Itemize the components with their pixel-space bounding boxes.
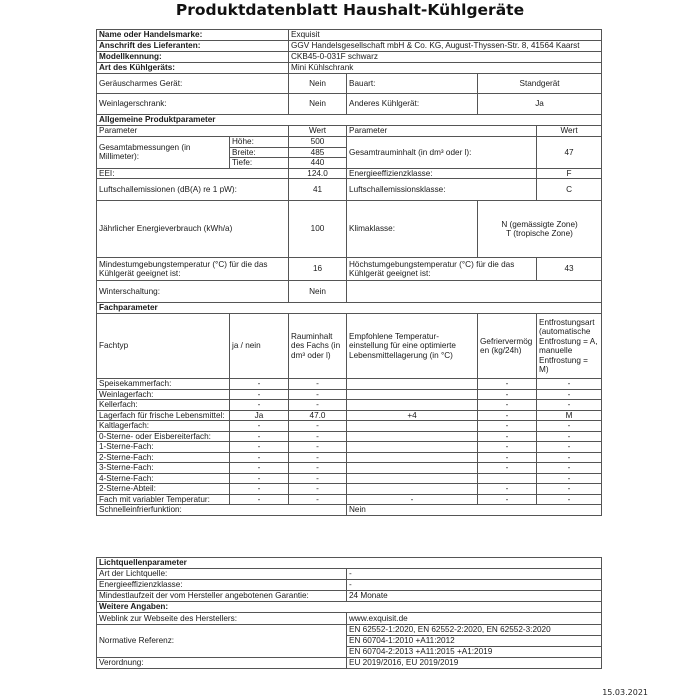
row-eei: EEI: 124.0 Energieeffizienzklasse: F xyxy=(97,168,602,179)
compartment-volume: - xyxy=(289,473,347,484)
label: Weinlagerschrank: xyxy=(97,94,289,115)
col-header: Empfohlene Temperatur-einstellung für ei… xyxy=(347,314,478,379)
compartment-defrost: - xyxy=(537,463,602,474)
col-header: Fachtyp xyxy=(97,314,230,379)
label: Luftschallemissionsklasse: xyxy=(347,179,537,201)
row-annual-energy: Jährlicher Energieverbrauch (kWh/a) 100 … xyxy=(97,201,602,258)
label: Art des Kühlgeräts: xyxy=(97,63,289,74)
climate-value: N (gemässigte Zone) T (tropische Zone) xyxy=(478,201,602,258)
supplier-row-name: Name oder Handelsmarke: Exquisit xyxy=(97,30,602,41)
compartment-row: 3-Sterne-Fach:---- xyxy=(97,463,602,474)
compartment-freeze: - xyxy=(478,484,537,495)
compartment-defrost: - xyxy=(537,494,602,505)
compartment-temp xyxy=(347,452,478,463)
value: 500 xyxy=(289,137,347,148)
section-further: Weitere Angaben: xyxy=(97,602,602,613)
value: EN 62552-1:2020, EN 62552-2:2020, EN 625… xyxy=(347,625,602,636)
col-param: Parameter xyxy=(97,126,289,137)
page-title: Produktdatenblatt Haushalt-Kühlgeräte xyxy=(0,0,700,20)
compartment-defrost: - xyxy=(537,379,602,390)
compartment-temp xyxy=(347,421,478,432)
compartment-row: Weinlagerfach:---- xyxy=(97,389,602,400)
compartment-volume: - xyxy=(289,452,347,463)
value: 440 xyxy=(289,158,347,169)
label: Höhe: xyxy=(230,137,289,148)
value: Nein xyxy=(289,281,347,303)
row-regulation: Verordnung: EU 2019/2016, EU 2019/2019 xyxy=(97,658,602,669)
compartment-yn: - xyxy=(230,484,289,495)
compartment-type: Fach mit variabler Temperatur: xyxy=(97,494,230,505)
label: Geräuscharmes Gerät: xyxy=(97,74,289,94)
general-header-row: Parameter Wert Parameter Wert xyxy=(97,126,602,137)
col-value: Wert xyxy=(289,126,347,137)
label: Anderes Kühlgerät: xyxy=(347,94,478,115)
product-data-table: Name oder Handelsmarke: Exquisit Anschri… xyxy=(96,29,602,516)
section-title: Fachparameter xyxy=(97,303,602,314)
col-value: Wert xyxy=(537,126,602,137)
label: Normative Referenz: xyxy=(97,625,347,658)
compartment-type: 2-Sterne-Abteil: xyxy=(97,484,230,495)
row-geraeuscharm: Geräuscharmes Gerät: Nein Bauart: Standg… xyxy=(97,74,602,94)
row-norm-1: Normative Referenz: EN 62552-1:2020, EN … xyxy=(97,625,602,636)
section-light: Lichtquellenparameter xyxy=(97,558,602,569)
empty-cell xyxy=(347,281,602,303)
label: Modellkennung: xyxy=(97,52,289,63)
dimensions-label: Gesamtabmessungen (in Millimeter): xyxy=(97,137,230,169)
compartment-freeze: - xyxy=(478,379,537,390)
row-weblink: Weblink zur Webseite des Herstellers: ww… xyxy=(97,613,602,625)
compartment-volume: - xyxy=(289,431,347,442)
compartment-yn: - xyxy=(230,379,289,390)
value: Nein xyxy=(347,505,602,516)
label: Weblink zur Webseite des Herstellers: xyxy=(97,613,347,625)
volume-value: 47 xyxy=(537,137,602,169)
compartment-yn: - xyxy=(230,389,289,400)
compartment-yn: - xyxy=(230,421,289,432)
compartment-type: 1-Sterne-Fach: xyxy=(97,442,230,453)
label: Energieeffizienzklasse: xyxy=(97,580,347,591)
label: Klimaklasse: xyxy=(347,201,478,258)
compartment-yn: - xyxy=(230,494,289,505)
value: EN 60704-1:2010 +A11:2012 xyxy=(347,636,602,647)
value: 43 xyxy=(537,258,602,281)
compartment-type: Weinlagerfach: xyxy=(97,389,230,400)
row-dimensions-height: Gesamtabmessungen (in Millimeter): Höhe:… xyxy=(97,137,602,148)
compartment-row: Kellerfach:---- xyxy=(97,400,602,411)
compartment-freeze: - xyxy=(478,463,537,474)
value: Standgerät xyxy=(478,74,602,94)
compartment-temp: +4 xyxy=(347,410,478,421)
value: F xyxy=(537,168,602,179)
label: Schnelleinfrierfunktion: xyxy=(97,505,347,516)
label: Höchstumgebungstemperatur (°C) für die d… xyxy=(347,258,537,281)
compartment-type: Lagerfach für frische Lebensmittel: xyxy=(97,410,230,421)
value: 16 xyxy=(289,258,347,281)
compartment-temp xyxy=(347,431,478,442)
label: Breite: xyxy=(230,147,289,158)
value: Nein xyxy=(289,94,347,115)
value: 41 xyxy=(289,179,347,201)
compartment-row: Fach mit variabler Temperatur:----- xyxy=(97,494,602,505)
compartment-yn: - xyxy=(230,463,289,474)
section-general: Allgemeine Produktparameter xyxy=(97,115,602,126)
value: - xyxy=(347,580,602,591)
climate-value-2: T (tropische Zone) xyxy=(480,229,599,239)
value: CKB45-0-031F schwarz xyxy=(289,52,602,63)
label: Energieeffizienzklasse: xyxy=(347,168,537,179)
compartment-yn: - xyxy=(230,473,289,484)
value: C xyxy=(537,179,602,201)
compartment-volume: - xyxy=(289,379,347,390)
label: Mindestlaufzeit der vom Hersteller angeb… xyxy=(97,591,347,602)
compartment-temp xyxy=(347,463,478,474)
compartment-volume: - xyxy=(289,400,347,411)
compartment-row: 0-Sterne- oder Eisbereiterfach:---- xyxy=(97,431,602,442)
compartment-temp: - xyxy=(347,494,478,505)
compartment-type: Kaltlagerfach: xyxy=(97,421,230,432)
compartment-freeze xyxy=(478,473,537,484)
compartment-volume: - xyxy=(289,494,347,505)
compartment-freeze: - xyxy=(478,400,537,411)
col-header: ja / nein xyxy=(230,314,289,379)
compartment-freeze: - xyxy=(478,389,537,400)
compartment-type: 2-Sterne-Fach: xyxy=(97,452,230,463)
value: 485 xyxy=(289,147,347,158)
compartment-yn: - xyxy=(230,431,289,442)
col-param: Parameter xyxy=(347,126,537,137)
compartment-defrost: - xyxy=(537,473,602,484)
compartment-temp xyxy=(347,379,478,390)
compartment-type: Speisekammerfach: xyxy=(97,379,230,390)
compartment-freeze: - xyxy=(478,494,537,505)
compartment-freeze: - xyxy=(478,410,537,421)
compartment-temp xyxy=(347,442,478,453)
compartment-temp xyxy=(347,473,478,484)
compartment-temp xyxy=(347,389,478,400)
supplier-row-type: Art des Kühlgeräts: Mini Kühlschrank xyxy=(97,63,602,74)
compartment-yn: - xyxy=(230,400,289,411)
value: Exquisit xyxy=(289,30,602,41)
volume-label: Gesamtrauminhalt (in dm³ oder l): xyxy=(347,137,537,169)
compartment-temp xyxy=(347,484,478,495)
value: GGV Handelsgesellschaft mbH & Co. KG, Au… xyxy=(289,41,602,52)
compartment-freeze: - xyxy=(478,431,537,442)
section-title: Lichtquellenparameter xyxy=(97,558,602,569)
col-header: Gefriervermögen (kg/24h) xyxy=(478,314,537,379)
compartment-type: Kellerfach: xyxy=(97,400,230,411)
compartment-freeze: - xyxy=(478,421,537,432)
compartment-type: 0-Sterne- oder Eisbereiterfach: xyxy=(97,431,230,442)
compartment-defrost: - xyxy=(537,431,602,442)
label: EEI: xyxy=(97,168,289,179)
label: Luftschallemissionen (dB(A) re 1 pW): xyxy=(97,179,289,201)
compartments-header-row: Fachtyp ja / nein Rauminhalt des Fachs (… xyxy=(97,314,602,379)
value: 24 Monate xyxy=(347,591,602,602)
row-winter: Winterschaltung: Nein xyxy=(97,281,602,303)
light-and-further-table: Lichtquellenparameter Art der Lichtquell… xyxy=(96,557,602,669)
compartment-rows: Speisekammerfach:----Weinlagerfach:----K… xyxy=(97,379,602,505)
compartment-row: Lagerfach für frische Lebensmittel:Ja47.… xyxy=(97,410,602,421)
compartment-defrost: - xyxy=(537,484,602,495)
value: EU 2019/2016, EU 2019/2019 xyxy=(347,658,602,669)
compartment-row: Speisekammerfach:---- xyxy=(97,379,602,390)
section-title: Weitere Angaben: xyxy=(97,602,602,613)
compartment-freeze: - xyxy=(478,452,537,463)
compartment-freeze: - xyxy=(478,442,537,453)
compartment-volume: - xyxy=(289,484,347,495)
col-header: Rauminhalt des Fachs (in dm³ oder l) xyxy=(289,314,347,379)
compartment-defrost: - xyxy=(537,421,602,432)
value: Ja xyxy=(478,94,602,115)
supplier-row-model: Modellkennung: CKB45-0-031F schwarz xyxy=(97,52,602,63)
row-light-class: Energieeffizienzklasse: - xyxy=(97,580,602,591)
document-date: 15.03.2021 xyxy=(602,688,648,697)
compartment-volume: 47.0 xyxy=(289,410,347,421)
climate-value-1: N (gemässigte Zone) xyxy=(480,220,599,230)
value: 100 xyxy=(289,201,347,258)
row-warranty: Mindestlaufzeit der vom Hersteller angeb… xyxy=(97,591,602,602)
label: Winterschaltung: xyxy=(97,281,289,303)
compartment-yn: - xyxy=(230,442,289,453)
compartment-defrost: - xyxy=(537,442,602,453)
label: Tiefe: xyxy=(230,158,289,169)
weblink[interactable]: www.exquisit.de xyxy=(347,613,602,625)
section-title: Allgemeine Produktparameter xyxy=(97,115,602,126)
value: Nein xyxy=(289,74,347,94)
compartment-defrost: M xyxy=(537,410,602,421)
row-light-type: Art der Lichtquelle: - xyxy=(97,569,602,580)
compartment-defrost: - xyxy=(537,452,602,463)
col-header: Entfrostungsart (automatische Entfrostun… xyxy=(537,314,602,379)
compartment-type: 3-Sterne-Fach: xyxy=(97,463,230,474)
compartment-volume: - xyxy=(289,463,347,474)
label: Mindestumgebungstemperatur (°C) für die … xyxy=(97,258,289,281)
compartment-defrost: - xyxy=(537,389,602,400)
supplier-row-address: Anschrift des Lieferanten: GGV Handelsge… xyxy=(97,41,602,52)
value: - xyxy=(347,569,602,580)
compartment-yn: - xyxy=(230,452,289,463)
row-temperatures: Mindestumgebungstemperatur (°C) für die … xyxy=(97,258,602,281)
section-compartments: Fachparameter xyxy=(97,303,602,314)
compartment-type: 4-Sterne-Fach: xyxy=(97,473,230,484)
label: Jährlicher Energieverbrauch (kWh/a) xyxy=(97,201,289,258)
row-quick-freeze: Schnelleinfrierfunktion: Nein xyxy=(97,505,602,516)
compartment-temp xyxy=(347,400,478,411)
label: Bauart: xyxy=(347,74,478,94)
compartment-row: Kaltlagerfach:---- xyxy=(97,421,602,432)
label: Art der Lichtquelle: xyxy=(97,569,347,580)
compartment-defrost: - xyxy=(537,400,602,411)
compartment-yn: Ja xyxy=(230,410,289,421)
label: Anschrift des Lieferanten: xyxy=(97,41,289,52)
label: Name oder Handelsmarke: xyxy=(97,30,289,41)
compartment-volume: - xyxy=(289,421,347,432)
value: Mini Kühlschrank xyxy=(289,63,602,74)
value: 124.0 xyxy=(289,168,347,179)
label: Verordnung: xyxy=(97,658,347,669)
value: EN 60704-2:2013 +A11:2015 +A1:2019 xyxy=(347,647,602,658)
compartment-volume: - xyxy=(289,389,347,400)
row-noise: Luftschallemissionen (dB(A) re 1 pW): 41… xyxy=(97,179,602,201)
compartment-volume: - xyxy=(289,442,347,453)
compartment-row: 2-Sterne-Fach:---- xyxy=(97,452,602,463)
row-weinlager: Weinlagerschrank: Nein Anderes Kühlgerät… xyxy=(97,94,602,115)
compartment-row: 1-Sterne-Fach:---- xyxy=(97,442,602,453)
compartment-row: 4-Sterne-Fach:--- xyxy=(97,473,602,484)
compartment-row: 2-Sterne-Abteil:---- xyxy=(97,484,602,495)
